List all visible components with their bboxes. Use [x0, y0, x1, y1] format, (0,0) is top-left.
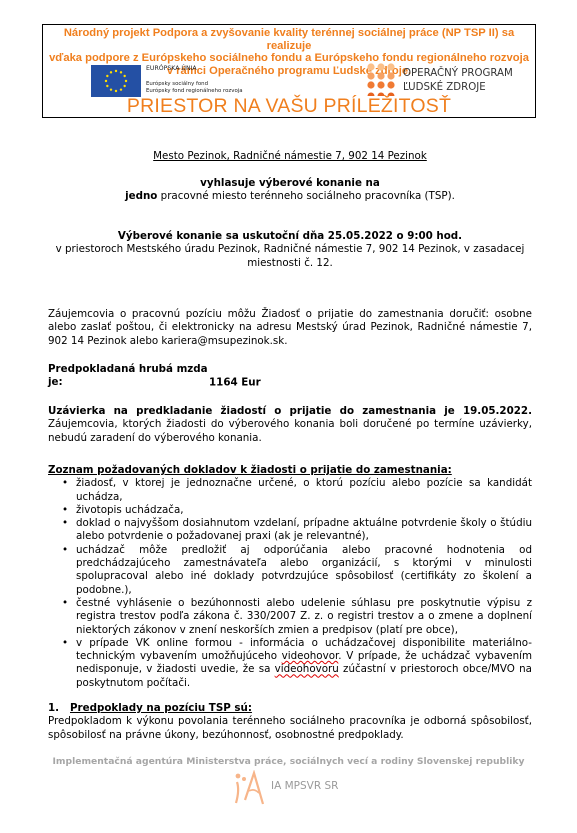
bullet-icon: •	[62, 504, 68, 517]
eu-fund-2: Európsky fond regionálneho rozvoja	[146, 89, 243, 94]
deadline-paragraph: Uzávierka na predkladanie žiadostí o pri…	[48, 405, 532, 445]
list-item: •doklad o najvyššom dosiahnutom vzdelaní…	[48, 517, 532, 544]
list-item: •žiadosť, v ktorej je jednoznačne určené…	[48, 477, 532, 504]
bullet-icon: •	[62, 597, 68, 610]
spell-word-videohovor: videohovor	[282, 650, 339, 662]
section-1-heading: 1.Predpoklady na pozíciu TSP sú:	[48, 702, 532, 715]
salary-label: Predpokladaná hrubá mzda je:	[48, 363, 209, 390]
project-header-box: Národný projekt Podpora a zvyšovanie kva…	[42, 24, 536, 118]
required-docs-heading: Zoznam požadovaných dokladov k žiadosti …	[48, 464, 532, 477]
employer-address: Mesto Pezinok, Radničné námestie 7, 902 …	[153, 150, 427, 162]
op-dots-icon	[366, 63, 396, 97]
section-1-text: Predpokladom k výkonu povolania terénneh…	[48, 715, 532, 742]
eu-title: EURÓPSKA ÚNIA	[146, 66, 197, 72]
required-docs-list: •žiadosť, v ktorej je jednoznačne určené…	[48, 477, 532, 690]
op-logo-text: OPERAČNÝ PROGRAM ĽUDSKÉ ZDROJE	[403, 67, 513, 95]
list-item-text: žiadosť, v ktorej je jednoznačne určené,…	[76, 477, 532, 502]
eu-flag-icon	[91, 65, 141, 97]
project-line-2: vďaka podpore z Európskeho sociálneho fo…	[43, 52, 535, 65]
ia-logo-icon	[232, 770, 272, 806]
list-item-text: čestné vyhlásenie o bezúhonnosti alebo u…	[76, 597, 532, 636]
op-line-2: ĽUDSKÉ ZDROJE	[403, 81, 513, 95]
footer-logo-text: IA MPSVR SR	[271, 780, 338, 792]
salary-row: Predpokladaná hrubá mzda je:1164 Eur	[48, 363, 532, 390]
employer-block: Mesto Pezinok, Radničné námestie 7, 902 …	[48, 150, 532, 163]
place-line: v priestoroch Mestského úradu Pezinok, R…	[48, 243, 532, 270]
list-item-text: životopis uchádzača,	[76, 504, 184, 516]
list-item: •uchádzač môže predložiť aj odporúčania …	[48, 544, 532, 597]
required-docs-section: Zoznam požadovaných dokladov k žiadosti …	[48, 464, 532, 690]
announcement-position: pracovné miesto terénneho sociálneho pra…	[157, 190, 455, 202]
deadline-note: Záujemcovia, ktorých žiadosti do výberov…	[48, 418, 532, 443]
footer-agency: Implementačná agentúra Ministerstva prác…	[0, 756, 577, 767]
salary-value: 1164 Eur	[209, 376, 261, 388]
announcement-count: jedno	[125, 190, 157, 202]
list-item-text: doklad o najvyššom dosiahnutom vzdelaní,…	[76, 517, 532, 542]
announcement-block: vyhlasuje výberové konanie na jedno prac…	[48, 177, 532, 204]
list-item-online: •v prípade VK online formou - informácia…	[48, 637, 532, 690]
announcement-line-2: jedno pracovné miesto terénneho sociálne…	[48, 190, 532, 203]
eu-fund-1: Európsky sociálny fond	[146, 82, 208, 87]
delivery-text: Záujemcovia o pracovnú pozíciu môžu Žiad…	[48, 308, 532, 347]
section-1-number: 1.	[48, 702, 70, 715]
project-line-1: Národný projekt Podpora a zvyšovanie kva…	[43, 27, 535, 52]
bullet-icon: •	[62, 477, 68, 490]
slogan: PRIESTOR NA VAŠU PRÍLEŽITOSŤ	[43, 95, 535, 117]
list-item: •čestné vyhlásenie o bezúhonnosti alebo …	[48, 597, 532, 637]
section-1-title: Predpoklady na pozíciu TSP sú:	[70, 702, 252, 714]
op-line-1: OPERAČNÝ PROGRAM	[403, 67, 513, 81]
date-line: Výberové konanie sa uskutoční dňa 25.05.…	[48, 230, 532, 243]
section-1: 1.Predpoklady na pozíciu TSP sú: Predpok…	[48, 702, 532, 742]
delivery-paragraph: Záujemcovia o pracovnú pozíciu môžu Žiad…	[48, 308, 532, 348]
deadline-date: Uzávierka na predkladanie žiadostí o pri…	[48, 405, 532, 417]
spell-word-videohovoru: videohovoru	[275, 663, 339, 675]
document-page: Národný projekt Podpora a zvyšovanie kva…	[0, 0, 577, 833]
announcement-line-1: vyhlasuje výberové konanie na	[48, 177, 532, 190]
list-item-text: uchádzač môže predložiť aj odporúčania a…	[76, 544, 532, 596]
date-block: Výberové konanie sa uskutoční dňa 25.05.…	[48, 230, 532, 270]
bullet-icon: •	[62, 517, 68, 530]
bullet-icon: •	[62, 544, 68, 557]
bullet-icon: •	[62, 637, 68, 650]
list-item: •životopis uchádzača,	[48, 504, 532, 517]
